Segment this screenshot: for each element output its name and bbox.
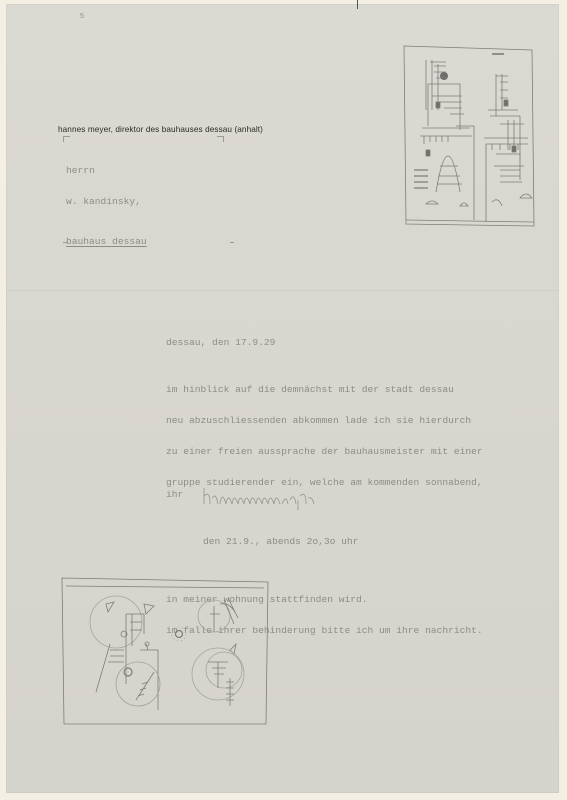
signoff: ihr [166, 490, 183, 500]
date-line: dessau, den 17.9.29 [166, 338, 275, 348]
letterhead: hannes meyer, direktor des bauhauses des… [58, 125, 263, 134]
recipient-salutation: herrn [66, 166, 147, 176]
body-line: im hinblick auf die demnächst mit der st… [166, 385, 483, 395]
pencil-sketch-architectural-icon [400, 40, 540, 236]
signature-icon [202, 482, 332, 512]
recipient-address: herrn w. kandinsky, bauhaus dessau [66, 145, 147, 258]
address-window-mark [230, 242, 234, 243]
address-window-mark [217, 136, 224, 142]
address-window-mark [63, 136, 70, 142]
recipient-name: w. kandinsky, [66, 197, 147, 207]
body-line: zu einer freien aussprache der bauhausme… [166, 447, 483, 457]
recipient-address-line: bauhaus dessau [66, 237, 147, 247]
pencil-sketch-circles-icon [58, 574, 272, 728]
fold-line [6, 290, 559, 291]
appointment-line: den 21.9., abends 2o,3o uhr [166, 537, 483, 547]
body-line: neu abzuschliessenden abkommen lade ich … [166, 416, 483, 426]
page-number: 5 [80, 13, 84, 20]
margin-tick-mark [357, 0, 358, 9]
